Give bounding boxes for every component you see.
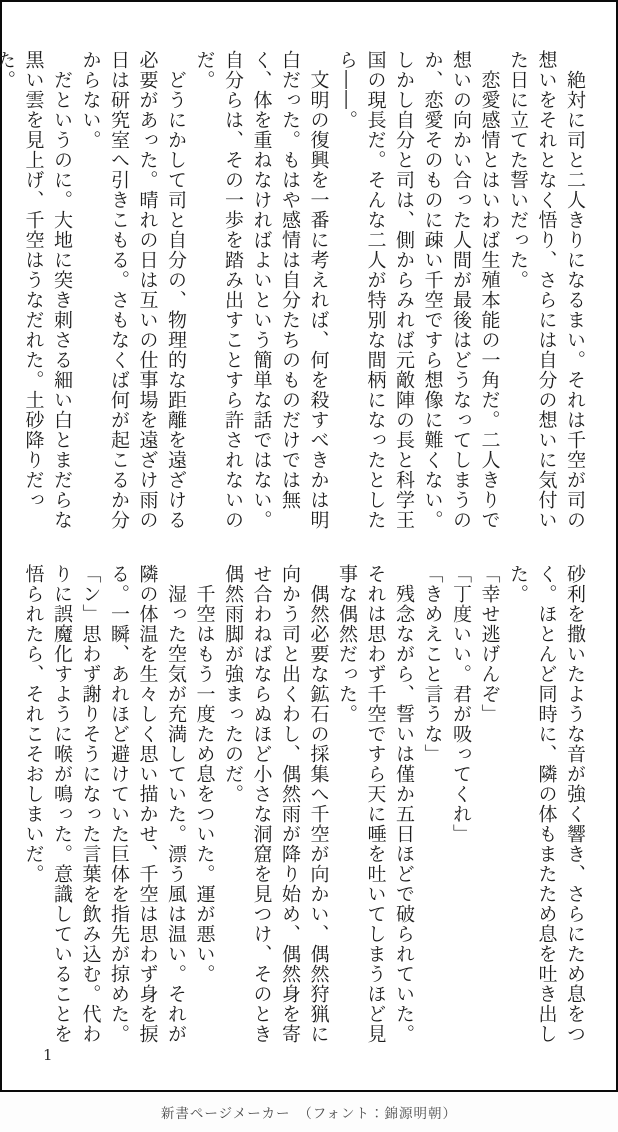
footer-bar: 新書ページメーカー （フォント：錦源明朝） — [0, 1092, 618, 1132]
book-page: 絶対に司と二人きりになるまい。それは千空が司の想いをそれとなく悟り、さらには自分… — [0, 0, 618, 1092]
footer-caption: 新書ページメーカー （フォント：錦源明朝） — [161, 1102, 457, 1122]
screenshot-canvas: 絶対に司と二人きりになるまい。それは千空が司の想いをそれとなく悟り、さらには自分… — [0, 0, 618, 1132]
text-block-top: 絶対に司と二人きりになるまい。それは千空が司の想いをそれとなく悟り、さらには自分… — [0, 50, 589, 533]
paragraph: 恋愛感情とはいわば生殖本能の一角だ。二人きりで想いの向かい合った人間が最後はどう… — [333, 50, 504, 533]
paragraph: 偶然必要な鉱石の採集へ千空が向かい、偶然狩猟に向かう司と出くわし、偶然雨が降り始… — [219, 564, 333, 1047]
paragraph: だというのに。大地に突き刺さる細い白とまだらな黒い雲を見上げ、千空はうなだれた。… — [0, 50, 76, 533]
paragraph: 湿った空気が充満していた。漂う風は温い。それが隣の体温を生々しく思い描かせ、千空… — [105, 564, 191, 1047]
text-block-bottom: 砂利を撒いたような音が強く響き、さらにため息をつく。ほとんど同時に、隣の体もまた… — [19, 564, 589, 1047]
paragraph: 文明の復興を一番に考えれば、何を殺すべきかは明白だった。もはや感情は自分たちのも… — [190, 50, 333, 533]
paragraph: 「幸せ逃げんぞ」 — [475, 564, 504, 1047]
paragraph: 千空はもう一度ため息をついた。運が悪い。 — [190, 564, 219, 1047]
paragraph: 「丁度いい。君が吸ってくれ」 — [447, 564, 476, 1047]
paragraph: どうにかして司と自分の、物理的な距離を遠ざける必要があった。晴れの日は互いの仕事… — [76, 50, 190, 533]
paragraph: 絶対に司と二人きりになるまい。それは千空が司の想いをそれとなく悟り、さらには自分… — [504, 50, 590, 533]
paragraph: 砂利を撒いたような音が強く響き、さらにため息をつく。ほとんど同時に、隣の体もまた… — [504, 564, 590, 1047]
page-number: 1 — [43, 1046, 53, 1064]
paragraph: 残念ながら、誓いは僅か五日ほどで破られていた。それは思わず千空ですら天に唾を吐い… — [333, 564, 419, 1047]
paragraph: 「きめえこと言うな」 — [418, 564, 447, 1047]
paragraph: 「ン」思わず謝りそうになった言葉を飲み込む。代わりに誤魔化すように喉が鳴った。意… — [19, 564, 105, 1047]
